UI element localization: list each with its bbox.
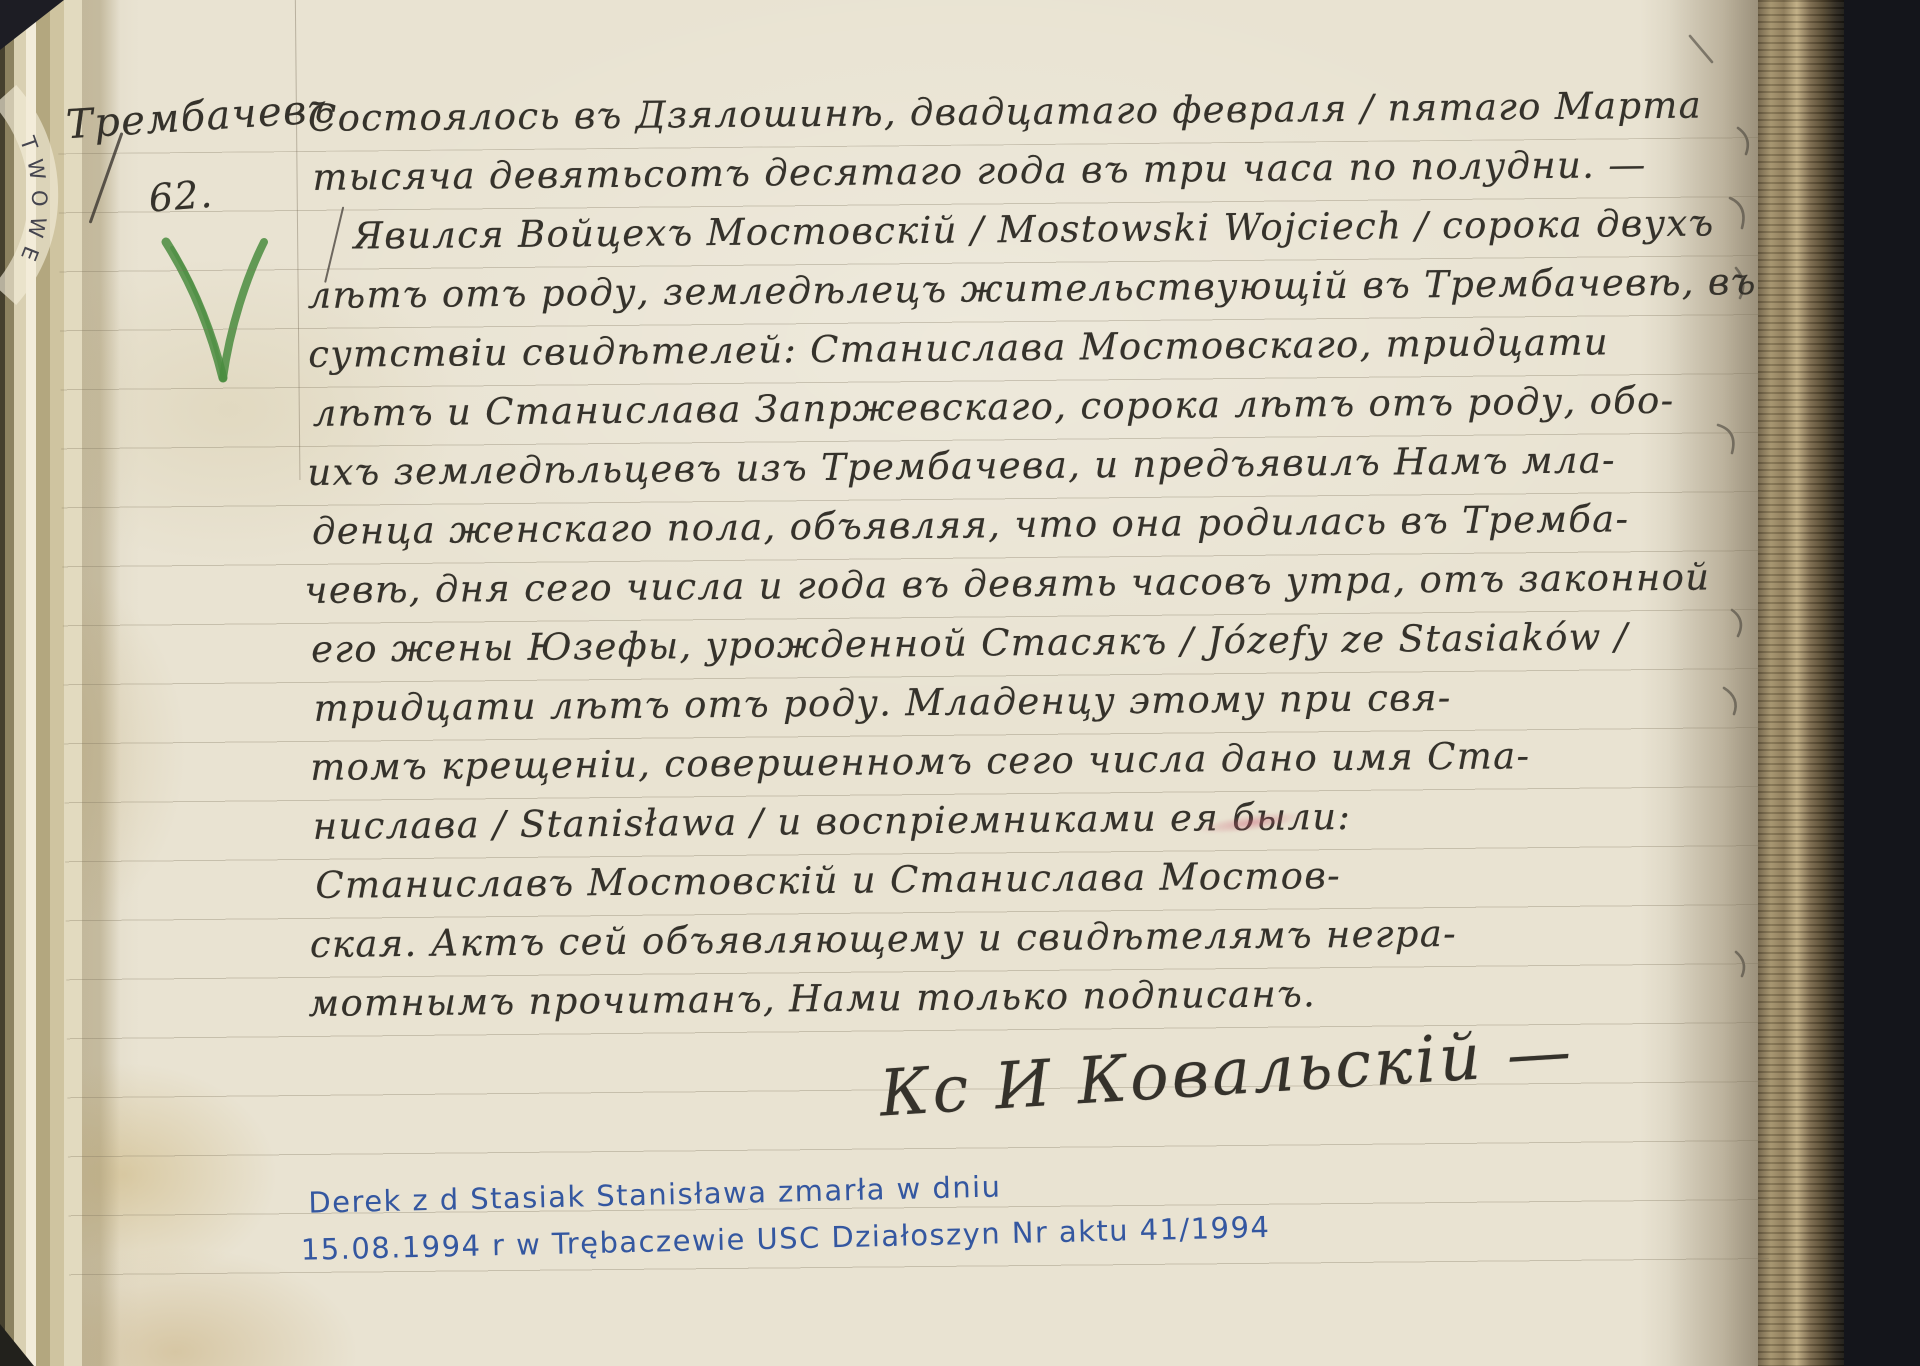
- scanned-register-page: TWOWE Трембачевъ 62. Состоялось въ Дзяло…: [0, 0, 1920, 1366]
- act-number: 62.: [147, 175, 214, 218]
- record-line: Состоялось въ Дзялошинѣ, двадцатаго февр…: [308, 87, 1702, 137]
- record-line: Станиславъ Мостовскій и Станислава Мосто…: [315, 857, 1341, 904]
- record-line: мотнымъ прочитанъ, Нами только подписанъ…: [308, 975, 1316, 1022]
- handwriting-layer: Трембачевъ 62. Состоялось въ Дзялошинѣ, …: [0, 0, 1780, 1366]
- record-line: тридцати лѣтъ отъ роду. Младенцу этому п…: [313, 679, 1451, 727]
- record-line: томъ крещеніи, совершенномъ сего числа д…: [310, 737, 1530, 786]
- record-line: нислава / Stanisława / и воспріемниками …: [313, 798, 1352, 845]
- record-line: ская. Актъ сей объявляющему и свидѣтелям…: [310, 915, 1457, 963]
